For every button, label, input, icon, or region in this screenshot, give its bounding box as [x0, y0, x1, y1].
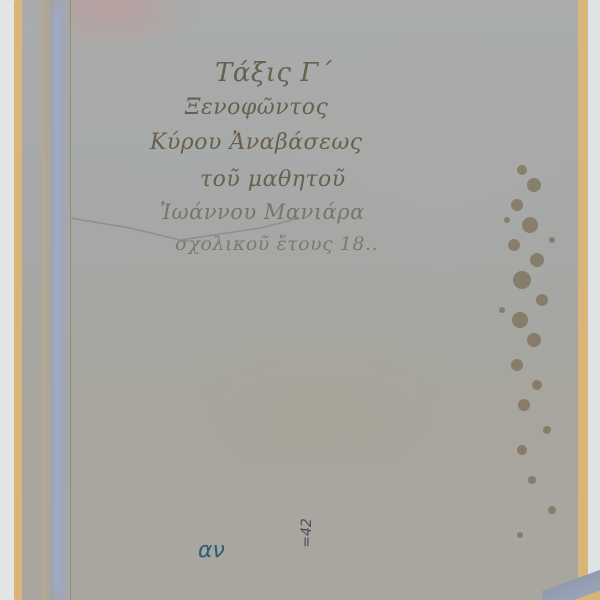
mold-stains [492, 150, 572, 570]
spine-fold [50, 10, 64, 590]
blue-ink-note: αν [198, 538, 225, 563]
inscription-line-student-name: Ἰωάννου Μανιάρα [160, 200, 365, 224]
inscription-line-student-label: τοῦ μαθητοῦ [200, 167, 346, 192]
inscription-line-title: Κύρου Ἀναβάσεως [150, 130, 363, 155]
notebook-cover [22, 0, 578, 600]
inscription-line-class: Τάξις Γ΄ [215, 58, 332, 88]
inscription-line-author: Ξενοφῶντος [185, 95, 328, 120]
worn-corner [542, 570, 600, 600]
inscription-line-school-year: σχολικοῦ ἔτους 18.. [175, 233, 378, 255]
side-pencil-note: =42 [299, 518, 315, 548]
